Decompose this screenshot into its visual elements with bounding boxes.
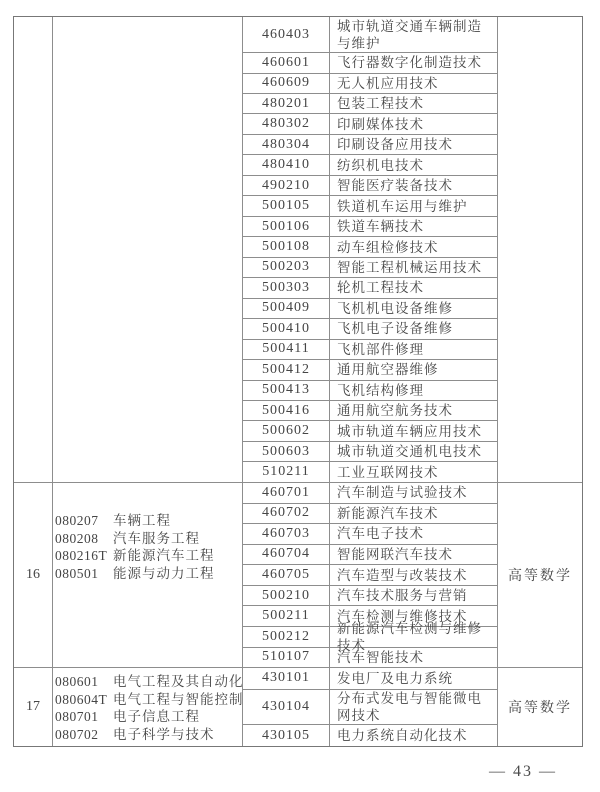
major-code-cell: 500602: [243, 421, 330, 440]
major-name-cell: 印刷设备应用技术: [330, 135, 497, 154]
vocational-major-row: 500210汽车技术服务与营销: [243, 586, 497, 607]
section-index-cell: [14, 17, 53, 482]
major-name-cell: 飞机机电设备维修: [330, 299, 497, 318]
vocational-major-row: 500416通用航空航务技术: [243, 401, 497, 421]
undergrad-major-line: 080601电气工程及其自动化: [55, 673, 242, 691]
undergrad-major-code: 080702: [55, 726, 113, 744]
major-code-cell: 500211: [243, 606, 330, 626]
undergrad-major-line: 080702电子科学与技术: [55, 726, 242, 744]
vocational-major-row: 500108动车组检修技术: [243, 237, 497, 257]
vocational-major-row: 460701汽车制造与试验技术: [243, 483, 497, 504]
vocational-major-row: 490210智能医疗装备技术: [243, 176, 497, 196]
major-code-cell: 500108: [243, 237, 330, 256]
undergrad-major-name: 能源与动力工程: [113, 565, 215, 583]
major-code-cell: 430101: [243, 668, 330, 689]
major-name-cell: 分布式发电与智能微电网技术: [330, 690, 497, 725]
major-name-cell: 汽车智能技术: [330, 648, 497, 668]
vocational-major-row: 460704智能网联汽车技术: [243, 545, 497, 566]
undergrad-major-line: 080604T电气工程与智能控制: [55, 691, 242, 709]
major-code-cell: 510211: [243, 462, 330, 481]
major-name-cell: 汽车制造与试验技术: [330, 483, 497, 503]
major-name-cell: 轮机工程技术: [330, 278, 497, 297]
major-code-cell: 460601: [243, 53, 330, 72]
vocational-major-row: 460601飞行器数字化制造技术: [243, 53, 497, 73]
major-code-cell: 500203: [243, 258, 330, 277]
major-name-cell: 智能网联汽车技术: [330, 545, 497, 565]
major-name-cell: 动车组检修技术: [330, 237, 497, 256]
undergrad-major-name: 电气工程及其自动化: [113, 673, 243, 691]
vocational-major-row: 510107汽车智能技术: [243, 648, 497, 668]
vocational-major-rows: 460701汽车制造与试验技术460702新能源汽车技术460703汽车电子技术…: [243, 483, 498, 667]
vocational-major-row: 460403城市轨道交通车辆制造与维护: [243, 17, 497, 53]
major-code-cell: 500106: [243, 217, 330, 236]
undergrad-major-name: 电气工程与智能控制: [113, 691, 243, 709]
major-code-cell: 460704: [243, 545, 330, 565]
undergrad-major-code: 080208: [55, 530, 113, 548]
major-name-cell: 印刷媒体技术: [330, 114, 497, 133]
major-code-cell: 460403: [243, 17, 330, 52]
undergrad-major-code: 080601: [55, 673, 113, 691]
major-name-cell: 汽车电子技术: [330, 524, 497, 544]
undergrad-major-line: 080701电子信息工程: [55, 708, 242, 726]
undergrad-major-name: 汽车服务工程: [113, 530, 200, 548]
vocational-major-rows: 430101发电厂及电力系统430104分布式发电与智能微电网技术430105电…: [243, 668, 498, 746]
exam-subject-cell: [498, 17, 582, 482]
page-number: — 43 —: [489, 763, 557, 781]
vocational-major-row: 500602城市轨道车辆应用技术: [243, 421, 497, 441]
major-name-cell: 智能医疗装备技术: [330, 176, 497, 195]
undergrad-major-line: 080216T新能源汽车工程: [55, 547, 242, 565]
major-name-cell: 飞机部件修理: [330, 340, 497, 359]
table-section: 16080207车辆工程080208汽车服务工程080216T新能源汽车工程08…: [14, 483, 582, 668]
vocational-major-row: 500410飞机电子设备维修: [243, 319, 497, 339]
undergrad-major-code: 080604T: [55, 691, 113, 709]
vocational-major-row: 480410纺织机电技术: [243, 155, 497, 175]
vocational-major-row: 430104分布式发电与智能微电网技术: [243, 690, 497, 726]
major-code-cell: 500210: [243, 586, 330, 606]
major-code-cell: 500411: [243, 340, 330, 359]
undergraduate-majors-cell: 080207车辆工程080208汽车服务工程080216T新能源汽车工程0805…: [53, 483, 243, 667]
major-name-cell: 无人机应用技术: [330, 74, 497, 93]
undergrad-major-name: 新能源汽车工程: [113, 547, 215, 565]
major-name-cell: 新能源汽车技术: [330, 504, 497, 524]
major-code-cell: 480201: [243, 94, 330, 113]
vocational-major-row: 430101发电厂及电力系统: [243, 668, 497, 690]
major-code-cell: 500603: [243, 442, 330, 461]
section-index-cell: 17: [14, 668, 53, 746]
major-code-cell: 500416: [243, 401, 330, 420]
major-name-cell: 纺织机电技术: [330, 155, 497, 174]
section-index: 17: [26, 699, 40, 715]
undergrad-major-name: 电子信息工程: [113, 708, 200, 726]
major-name-cell: 城市轨道车辆应用技术: [330, 421, 497, 440]
major-code-cell: 480410: [243, 155, 330, 174]
major-name-cell: 铁道机车运用与维护: [330, 196, 497, 215]
vocational-major-rows: 460403城市轨道交通车辆制造与维护460601飞行器数字化制造技术46060…: [243, 17, 498, 482]
vocational-major-row: 480304印刷设备应用技术: [243, 135, 497, 155]
section-index: 16: [26, 567, 40, 583]
major-name-cell: 通用航空器维修: [330, 360, 497, 379]
undergrad-major-code: 080207: [55, 512, 113, 530]
major-code-cell: 500212: [243, 627, 330, 647]
major-name-cell: 发电厂及电力系统: [330, 668, 497, 689]
vocational-major-row: 460705汽车造型与改装技术: [243, 565, 497, 586]
major-name-cell: 智能工程机械运用技术: [330, 258, 497, 277]
major-code-cell: 500105: [243, 196, 330, 215]
table-section: 460403城市轨道交通车辆制造与维护460601飞行器数字化制造技术46060…: [14, 17, 582, 483]
vocational-major-row: 500411飞机部件修理: [243, 340, 497, 360]
vocational-major-row: 500412通用航空器维修: [243, 360, 497, 380]
major-name-cell: 汽车技术服务与营销: [330, 586, 497, 606]
major-code-cell: 480302: [243, 114, 330, 133]
vocational-major-row: 460609无人机应用技术: [243, 74, 497, 94]
vocational-major-row: 480201包装工程技术: [243, 94, 497, 114]
major-name-cell: 工业互联网技术: [330, 462, 497, 481]
vocational-major-row: 500303轮机工程技术: [243, 278, 497, 298]
major-code-cell: 500413: [243, 381, 330, 400]
major-name-cell: 铁道车辆技术: [330, 217, 497, 236]
undergrad-major-name: 车辆工程: [113, 512, 171, 530]
table-section: 17080601电气工程及其自动化080604T电气工程与智能控制080701电…: [14, 668, 582, 746]
major-code-cell: 460702: [243, 504, 330, 524]
exam-subject: 高等数学: [508, 565, 572, 585]
major-code-cell: 460701: [243, 483, 330, 503]
major-code-cell: 460705: [243, 565, 330, 585]
undergrad-major-code: 080216T: [55, 547, 113, 565]
vocational-major-row: 500212新能源汽车检测与维修技术: [243, 627, 497, 648]
undergrad-major-line: 080208汽车服务工程: [55, 530, 242, 548]
exam-subject: 高等数学: [508, 697, 572, 717]
exam-subject-cell: 高等数学: [498, 668, 582, 746]
major-code-cell: 510107: [243, 648, 330, 668]
vocational-major-row: 510211工业互联网技术: [243, 462, 497, 481]
major-code-cell: 480304: [243, 135, 330, 154]
major-name-cell: 飞机电子设备维修: [330, 319, 497, 338]
major-code-cell: 500409: [243, 299, 330, 318]
vocational-major-row: 500203智能工程机械运用技术: [243, 258, 497, 278]
vocational-major-row: 500105铁道机车运用与维护: [243, 196, 497, 216]
major-name-cell: 城市轨道交通车辆制造与维护: [330, 17, 497, 52]
vocational-major-row: 480302印刷媒体技术: [243, 114, 497, 134]
undergrad-major-code: 080701: [55, 708, 113, 726]
undergraduate-majors-cell: 080601电气工程及其自动化080604T电气工程与智能控制080701电子信…: [53, 668, 243, 746]
major-name-cell: 新能源汽车检测与维修技术: [330, 627, 497, 647]
vocational-major-row: 460703汽车电子技术: [243, 524, 497, 545]
vocational-major-row: 500409飞机机电设备维修: [243, 299, 497, 319]
exam-subject-cell: 高等数学: [498, 483, 582, 667]
major-code-cell: 500410: [243, 319, 330, 338]
major-code-cell: 490210: [243, 176, 330, 195]
major-code-cell: 430105: [243, 725, 330, 746]
undergrad-major-name: 电子科学与技术: [113, 726, 215, 744]
major-name-cell: 包装工程技术: [330, 94, 497, 113]
major-code-cell: 430104: [243, 690, 330, 725]
vocational-major-row: 500106铁道车辆技术: [243, 217, 497, 237]
vocational-major-row: 500603城市轨道交通机电技术: [243, 442, 497, 462]
major-code-cell: 460609: [243, 74, 330, 93]
major-name-cell: 飞机结构修理: [330, 381, 497, 400]
section-index-cell: 16: [14, 483, 53, 667]
undergrad-major-code: 080501: [55, 565, 113, 583]
course-table: 460403城市轨道交通车辆制造与维护460601飞行器数字化制造技术46060…: [13, 16, 583, 747]
major-name-cell: 汽车造型与改装技术: [330, 565, 497, 585]
major-name-cell: 通用航空航务技术: [330, 401, 497, 420]
major-code-cell: 500412: [243, 360, 330, 379]
major-name-cell: 电力系统自动化技术: [330, 725, 497, 746]
undergrad-major-line: 080207车辆工程: [55, 512, 242, 530]
undergrad-major-line: 080501能源与动力工程: [55, 565, 242, 583]
vocational-major-row: 460702新能源汽车技术: [243, 504, 497, 525]
major-code-cell: 460703: [243, 524, 330, 544]
vocational-major-row: 500413飞机结构修理: [243, 381, 497, 401]
major-name-cell: 城市轨道交通机电技术: [330, 442, 497, 461]
undergraduate-majors-cell: [53, 17, 243, 482]
major-code-cell: 500303: [243, 278, 330, 297]
major-name-cell: 飞行器数字化制造技术: [330, 53, 497, 72]
vocational-major-row: 430105电力系统自动化技术: [243, 725, 497, 746]
